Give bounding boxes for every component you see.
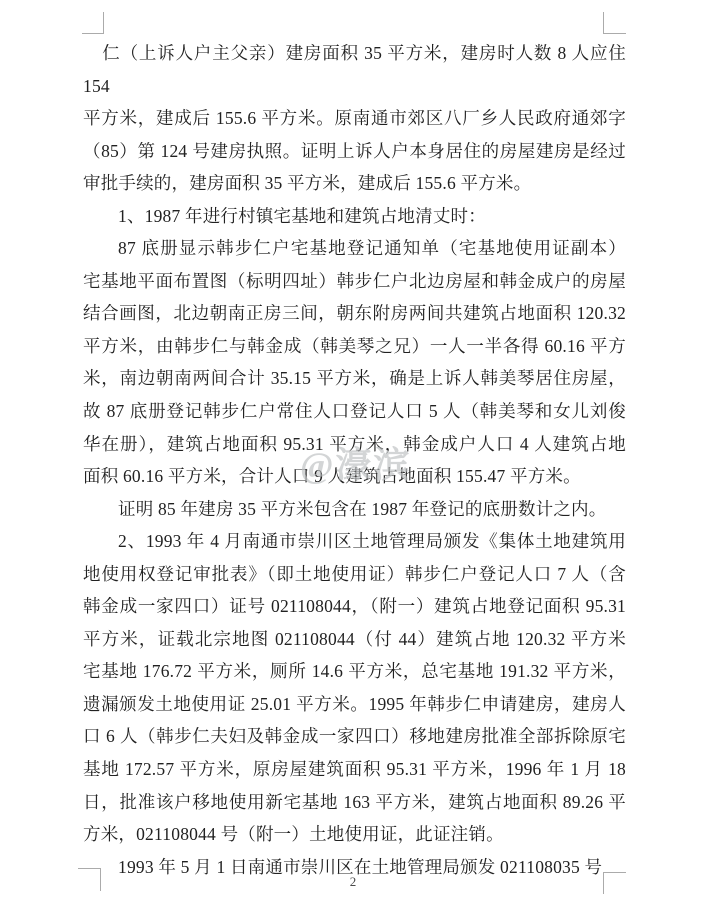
text-line: 平方米，由韩步仁与韩金成（韩美琴之兄）一人一半各得 60.16 平方	[83, 330, 626, 363]
text-line: 平方米，证载北宗地图 021108044（付 44）建筑占地 120.32 平方…	[83, 623, 626, 656]
text-line: 基地 172.57 平方米，原房屋建筑面积 95.31 平方米，1996 年 1…	[83, 753, 626, 786]
text-line: 方米，021108044 号（附一）土地使用证，此证注销。	[83, 818, 626, 851]
text-line: 地使用权登记审批表》（即土地使用证）韩步仁户登记人口 7 人（含	[83, 558, 626, 591]
text-line: 故 87 底册登记韩步仁户常住人口登记人口 5 人（韩美琴和女儿刘俊	[83, 395, 626, 428]
text-line: 米，南边朝南两间合计 35.15 平方米，确是上诉人韩美琴居住房屋，	[83, 362, 626, 395]
text-line: 2、1993 年 4 月南通市崇川区土地管理局颁发《集体土地建筑用	[83, 525, 626, 558]
crop-mark-top-right	[603, 12, 626, 34]
text-line: 87 底册显示韩步仁户宅基地登记通知单（宅基地使用证副本）	[83, 232, 626, 265]
text-line: 仁（上诉人户主父亲）建房面积 35 平方米，建房时人数 8 人应住 154	[83, 37, 626, 102]
page-number: 2	[0, 874, 706, 890]
text-line: 宅基地平面布置图（标明四址）韩步仁户北边房屋和韩金成户的房屋	[83, 265, 626, 298]
crop-mark-top-left	[82, 12, 104, 34]
document-page: 仁（上诉人户主父亲）建房面积 35 平方米，建房时人数 8 人应住 154平方米…	[0, 0, 706, 911]
text-line: 韩金成一家四口）证号 021108044，（附一）建筑占地登记面积 95.31	[83, 590, 626, 623]
text-line: 遗漏颁发土地使用证 25.01 平方米。1995 年韩步仁申请建房，建房人	[83, 688, 626, 721]
text-line: 宅基地 176.72 平方米，厕所 14.6 平方米，总宅基地 191.32 平…	[83, 655, 626, 688]
text-line: 口 6 人（韩步仁夫妇及韩金成一家四口）移地建房批准全部拆除原宅	[83, 720, 626, 753]
document-body-text: 仁（上诉人户主父亲）建房面积 35 平方米，建房时人数 8 人应住 154平方米…	[83, 37, 626, 883]
text-line: 华在册），建筑占地面积 95.31 平方米，韩金成户人口 4 人建筑占地	[83, 428, 626, 461]
text-line: 1、1987 年进行村镇宅基地和建筑占地清丈时：	[83, 200, 626, 233]
text-line: （85）第 124 号建房执照。证明上诉人户本身居住的房屋建房是经过	[83, 135, 626, 168]
text-line: 面积 60.16 平方米，合计人口 9 人建筑占地面积 155.47 平方米。	[83, 460, 626, 493]
text-line: 日，批准该户移地使用新宅基地 163 平方米，建筑占地面积 89.26 平	[83, 786, 626, 819]
text-line: 证明 85 年建房 35 平方米包含在 1987 年登记的底册数计之内。	[83, 493, 626, 526]
text-line: 审批手续的，建房面积 35 平方米，建成后 155.6 平方米。	[83, 167, 626, 200]
text-line: 平方米，建成后 155.6 平方米。原南通市郊区八厂乡人民政府通郊字	[83, 102, 626, 135]
text-line: 结合画图，北边朝南正房三间，朝东附房两间共建筑占地面积 120.32	[83, 297, 626, 330]
